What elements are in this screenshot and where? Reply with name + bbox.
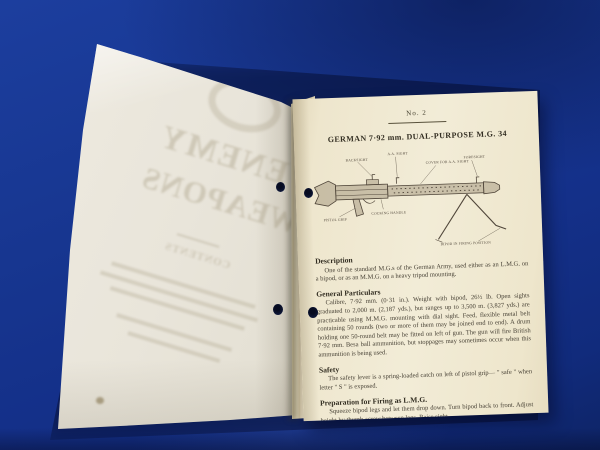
punch-hole [304, 188, 313, 198]
diagram-label-pistol-grip: PISTOL GRIP [324, 218, 347, 223]
gun-bipod-leg-right [467, 193, 506, 230]
gun-receiver [336, 184, 388, 200]
gun-backsight [372, 175, 375, 180]
diagram-label-cocking-handle: COCKING HANDLE [371, 210, 407, 215]
diagram-label-cover: COVER FOR A.A. SIGHT [426, 159, 470, 165]
diagram-label-foresight: FORESIGHT [464, 155, 486, 160]
showthrough-text-line [111, 261, 256, 309]
diagram-label-bipod: BIPOD IN FIRING POSITION [441, 241, 492, 247]
header-rule [388, 121, 446, 124]
gun-aa-sight [396, 178, 399, 184]
section-number: No. 2 [310, 105, 523, 120]
right-page: No. 2 GERMAN 7·92 mm. DUAL-PURPOSE M.G. … [292, 91, 548, 421]
gun-buttstock [314, 181, 336, 207]
photo-of-open-booklet: ENEMY WEAPONS CONTENTS No. 2 GERMAN 7·92… [0, 0, 600, 450]
gun-feed-cover [366, 179, 378, 184]
diagram-label-backsight: BACKSIGHT [346, 158, 369, 163]
right-page-content: No. 2 GERMAN 7·92 mm. DUAL-PURPOSE M.G. … [292, 91, 548, 421]
bottom-shadow [0, 428, 600, 450]
diagram-label-aa-sight: A.A. SIGHT [387, 151, 408, 156]
showthrough-text-line [127, 331, 220, 363]
punch-hole [276, 182, 285, 192]
punch-hole [308, 307, 318, 318]
gun-bipod-leg-left [437, 194, 469, 239]
gun-foresight [476, 177, 479, 183]
showthrough-word-contents: CONTENTS [163, 240, 232, 272]
page-stain [96, 397, 104, 404]
gun-barrel-jacket [388, 183, 484, 196]
gun-pistol-grip [353, 199, 364, 216]
mg34-illustration: BACKSIGHT A.A. SIGHT COVER FOR A.A. SIGH… [307, 140, 530, 252]
paragraph-general-particulars: Calibre, 7·92 mm. (0·31 in.). Weight wit… [316, 293, 531, 361]
gun-muzzle [483, 181, 499, 194]
punch-hole [273, 304, 283, 315]
